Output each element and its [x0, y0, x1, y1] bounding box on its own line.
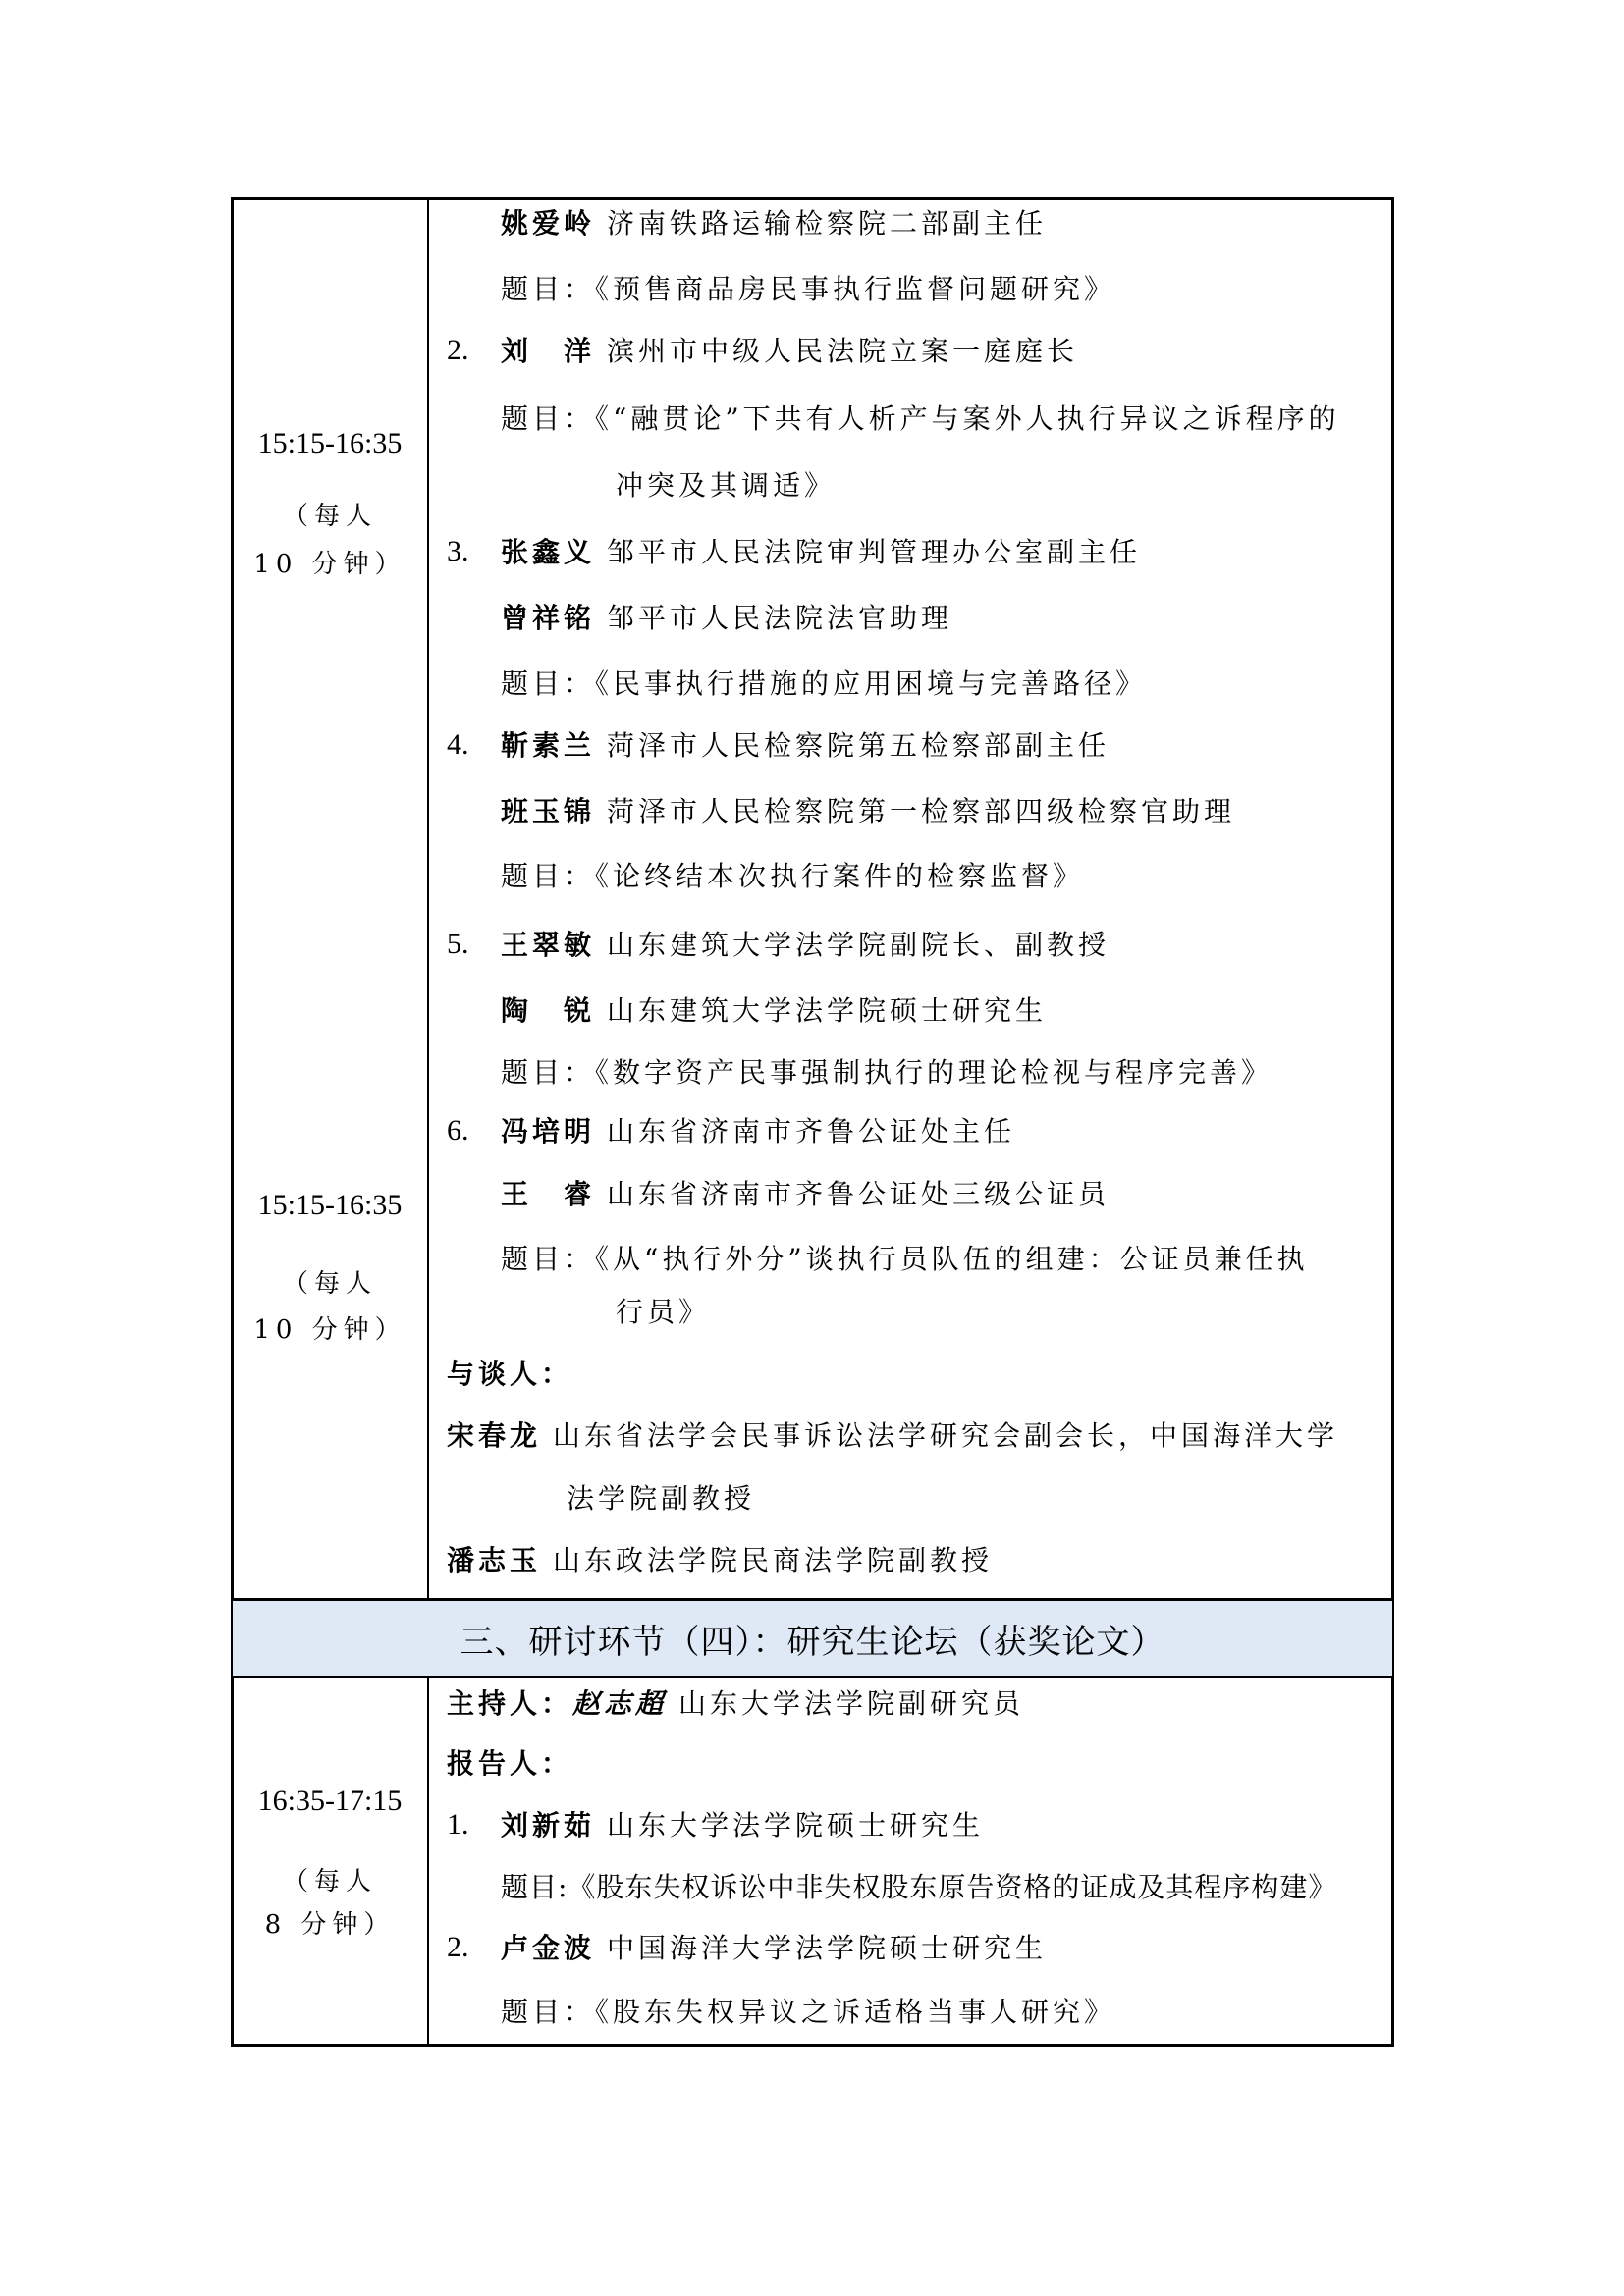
speaker-affiliation: 山东大学法学院硕士研究生: [607, 1809, 984, 1842]
time-note: （每人: [233, 494, 427, 539]
discussant-line: 宋春龙山东省法学会民事诉讼法学研究会副会长，中国海洋大学: [447, 1416, 1338, 1456]
reporters-label: 报告人：: [447, 1744, 572, 1784]
speaker-line: 张鑫义邹平市人民法院审判管理办公室副主任: [501, 533, 1141, 572]
discussant-name: 宋春龙: [447, 1419, 541, 1452]
speaker-name: 刘新茹: [501, 1809, 595, 1842]
speaker-name: 冯培明: [501, 1115, 595, 1148]
speaker-affiliation: 菏泽市人民检察院第五检察部副主任: [607, 729, 1110, 762]
speaker-name: 卢金波: [501, 1932, 595, 1964]
speaker-affiliation: 邹平市人民法院审判管理办公室副主任: [607, 536, 1141, 568]
speaker-name: 陶 锐: [501, 994, 595, 1027]
item-number: 2.: [447, 1931, 469, 1964]
column-divider: [427, 1676, 429, 2047]
paper-title: 题目：《“融贯论”下共有人析产与案外人执行异议之诉程序的: [501, 400, 1340, 439]
speaker-affiliation: 山东建筑大学法学院硕士研究生: [607, 994, 1047, 1027]
speaker-affiliation: 山东建筑大学法学院副院长、副教授: [607, 929, 1110, 961]
speaker-line: 曾祥铭邹平市人民法院法官助理: [501, 599, 952, 638]
item-number: 2.: [447, 334, 469, 367]
item-number: 6.: [447, 1114, 469, 1148]
speaker-name: 姚爱岭: [501, 207, 595, 240]
host-line: 主持人：赵志超山东大学法学院副研究员: [447, 1684, 1024, 1724]
item-number: 5.: [447, 928, 469, 961]
section-header-row: 三、研讨环节（四）：研究生论坛（获奖论文）: [233, 1601, 1392, 1676]
discussant-line: 潘志玉山东政法学院民商法学院副教授: [447, 1541, 993, 1580]
speaker-affiliation: 滨州市中级人民法院立案一庭庭长: [607, 335, 1078, 367]
time-note: （每人: [233, 1261, 427, 1307]
discussant-affiliation: 山东政法学院民商法学院副教授: [553, 1544, 993, 1576]
item-number: 3.: [447, 535, 469, 568]
column-divider: [427, 197, 429, 1601]
paper-title: 题目：《股东失权异议之诉适格当事人研究》: [501, 1993, 1115, 2032]
speaker-line: 姚爱岭济南铁路运输检察院二部副主任: [501, 204, 1047, 243]
speaker-affiliation: 菏泽市人民检察院第一检察部四级检察官助理: [607, 795, 1235, 828]
speaker-affiliation: 济南铁路运输检察院二部副主任: [607, 207, 1047, 240]
speaker-name: 靳素兰: [501, 729, 595, 762]
speaker-line: 班玉锦菏泽市人民检察院第一检察部四级检察官助理: [501, 792, 1235, 831]
speaker-name: 张鑫义: [501, 536, 595, 568]
discussant-affiliation: 山东省法学会民事诉讼法学研究会副会长，中国海洋大学: [553, 1419, 1338, 1452]
speaker-name: 曾祥铭: [501, 602, 595, 634]
time-slot: 15:15-16:35: [233, 424, 427, 463]
paper-title-continued: 冲突及其调适》: [616, 466, 836, 506]
time-slot: 16:35-17:15: [233, 1782, 427, 1821]
discussant-affiliation-continued: 法学院副教授: [567, 1479, 755, 1519]
time-note: 10 分钟）: [233, 1308, 427, 1353]
speaker-line: 刘新茹山东大学法学院硕士研究生: [501, 1806, 984, 1845]
item-number: 4.: [447, 728, 469, 762]
speaker-name: 班玉锦: [501, 795, 595, 828]
speaker-affiliation: 山东省济南市齐鲁公证处主任: [607, 1115, 1015, 1148]
host-label: 主持人：: [447, 1687, 572, 1720]
speaker-name: 王翠敏: [501, 929, 595, 961]
speaker-line: 陶 锐山东建筑大学法学院硕士研究生: [501, 991, 1047, 1031]
host-name: 赵志超: [572, 1687, 667, 1720]
section-header: 三、研讨环节（四）：研究生论坛（获奖论文）: [460, 1615, 1165, 1663]
discussant-name: 潘志玉: [447, 1544, 541, 1576]
speaker-line: 冯培明山东省济南市齐鲁公证处主任: [501, 1112, 1015, 1151]
paper-title: 题目：《民事执行措施的应用困境与完善路径》: [501, 665, 1147, 704]
speaker-affiliation: 中国海洋大学法学院硕士研究生: [607, 1932, 1047, 1964]
host-affiliation: 山东大学法学院副研究员: [678, 1687, 1024, 1720]
time-note: （每人: [233, 1859, 427, 1904]
speaker-line: 王 睿山东省济南市齐鲁公证处三级公证员: [501, 1175, 1110, 1214]
paper-title: 题目：《论终结本次执行案件的检察监督》: [501, 857, 1084, 896]
time-slot: 15:15-16:35: [233, 1186, 427, 1225]
paper-title: 题目：《预售商品房民事执行监督问题研究》: [501, 270, 1115, 309]
discussants-label: 与谈人：: [447, 1355, 572, 1394]
speaker-affiliation: 山东省济南市齐鲁公证处三级公证员: [607, 1178, 1110, 1210]
speaker-affiliation: 邹平市人民法院法官助理: [607, 602, 952, 634]
speaker-line: 靳素兰菏泽市人民检察院第五检察部副主任: [501, 726, 1110, 766]
paper-title: 题目：《从“执行外分”谈执行员队伍的组建：公证员兼任执: [501, 1240, 1309, 1279]
speaker-line: 王翠敏山东建筑大学法学院副院长、副教授: [501, 926, 1110, 965]
speaker-line: 刘 洋滨州市中级人民法院立案一庭庭长: [501, 332, 1078, 371]
time-note: 8 分钟）: [233, 1902, 427, 1948]
item-number: 1.: [447, 1808, 469, 1842]
speaker-name: 王 睿: [501, 1178, 595, 1210]
speaker-name: 刘 洋: [501, 335, 595, 367]
paper-title-continued: 行员》: [616, 1293, 710, 1332]
paper-title: 题目:《股东失权诉讼中非失权股东原告资格的证成及其程序构建》: [501, 1868, 1336, 1907]
speaker-line: 卢金波中国海洋大学法学院硕士研究生: [501, 1929, 1047, 1968]
time-note: 10 分钟）: [233, 542, 427, 587]
paper-title: 题目：《数字资产民事强制执行的理论检视与程序完善》: [501, 1053, 1272, 1093]
